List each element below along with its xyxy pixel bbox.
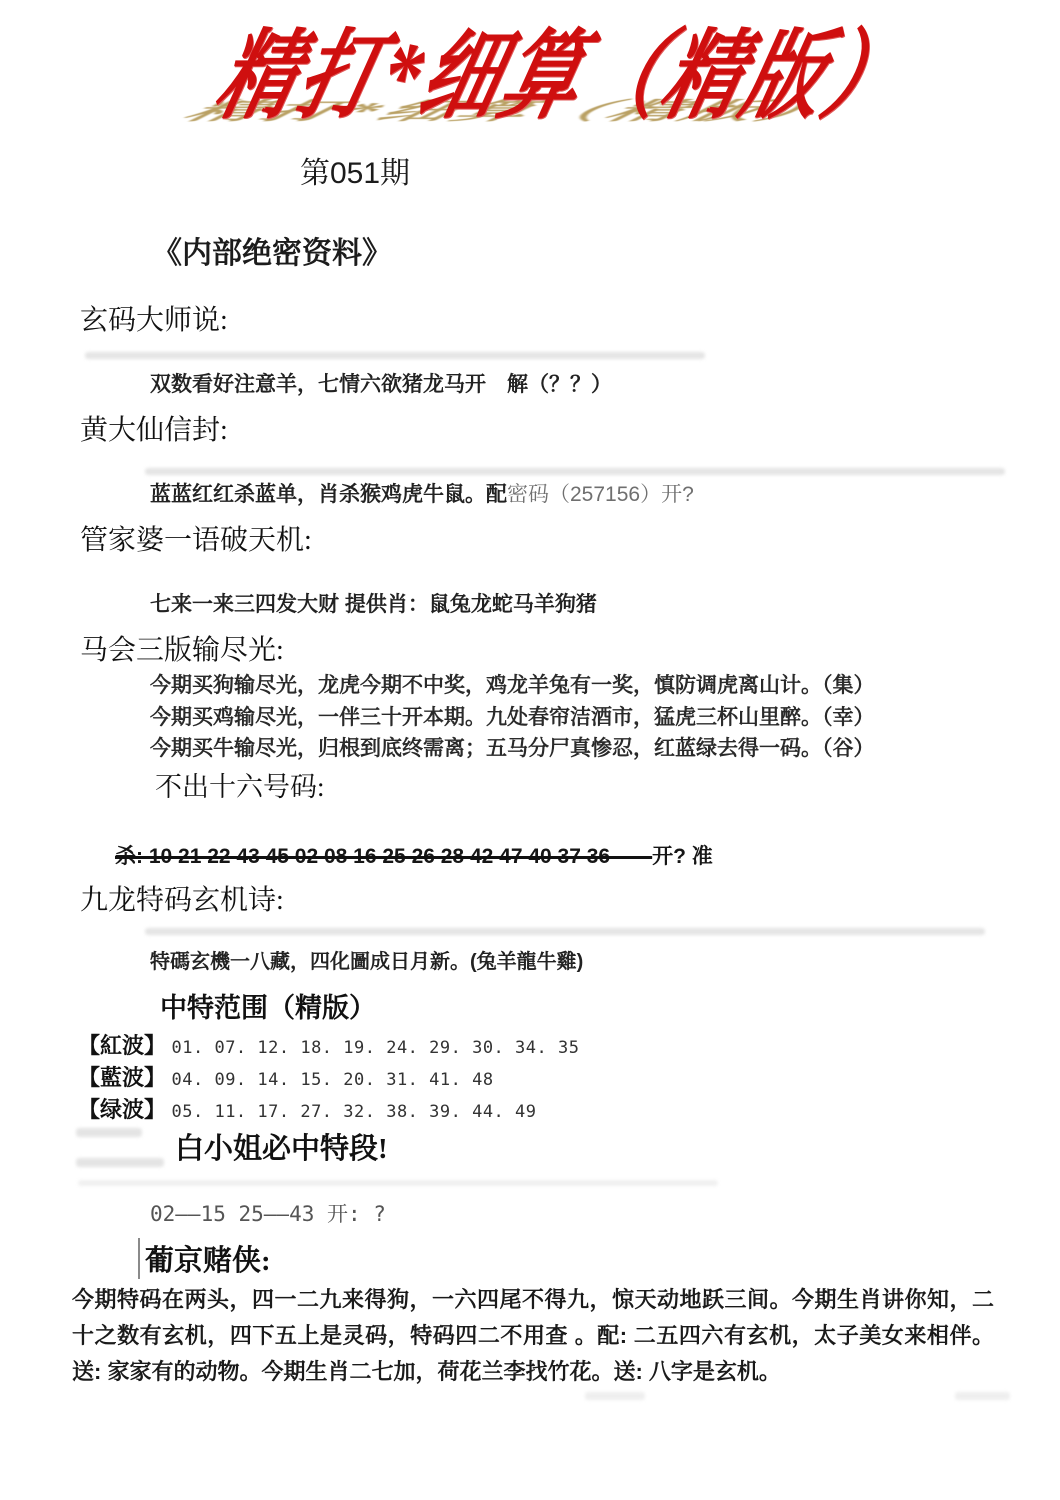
issue-number: 第051期: [300, 148, 410, 192]
jiulong-line: 特碼玄機一八藏，四化圖成日月新。(兔羊龍牛雞): [150, 945, 583, 974]
guanjiapo-line: 七来一来三四发大财 提供肖：鼠兔龙蛇马羊狗猪: [150, 588, 597, 618]
section-heading-zhongte: 中特范围（精版）: [160, 986, 376, 1025]
faded-artifact: [585, 1392, 645, 1400]
huangdaxian-line-light: 密码（257156）开?: [507, 483, 694, 506]
blue-wave-numbers: 04. 09. 14. 15. 20. 31. 41. 48: [172, 1070, 494, 1090]
faded-artifact: [85, 352, 705, 359]
green-wave-numbers: 05. 11. 17. 27. 32. 38. 39. 44. 49: [172, 1102, 537, 1122]
section-heading-xuanma: 玄码大师说:: [80, 298, 228, 338]
blue-wave-label: 【藍波】: [78, 1065, 166, 1090]
huangdaxian-line: 蓝蓝红红杀蓝单，肖杀猴鸡虎牛鼠。配密码（257156）开?: [150, 478, 694, 508]
wave-row-green: 【绿波】 05. 11. 17. 27. 32. 38. 39. 44. 49: [78, 1094, 537, 1128]
section-heading-buchu: 不出十六号码:: [155, 765, 325, 804]
wave-row-red: 【紅波】 01. 07. 12. 18. 19. 24. 29. 30. 34.…: [78, 1030, 579, 1064]
banner-title: 精打*细算（精版）: [205, 0, 926, 137]
kill-numbers-struck: 杀: 10 21 22 43 45 02 08 16 25 26 28 42 4…: [115, 845, 652, 868]
kill-numbers-line: 杀: 10 21 22 43 45 02 08 16 25 26 28 42 4…: [115, 840, 713, 870]
section-heading-pujing: 葡京赌侠:: [138, 1238, 271, 1279]
mahui-lines: 今期买狗输尽光，龙虎今期不中奖，鸡龙羊兔有一奖，慎防调虎离山计。（集） 今期买鸡…: [150, 670, 875, 765]
section-heading-guanjiapo: 管家婆一语破天机:: [80, 518, 312, 558]
huangdaxian-line-bold: 蓝蓝红红杀蓝单，肖杀猴鸡虎牛鼠。配: [150, 483, 507, 506]
kill-numbers-open: 开? 准: [652, 845, 713, 868]
red-wave-numbers: 01. 07. 12. 18. 19. 24. 29. 30. 34. 35: [172, 1038, 580, 1058]
faded-artifact: [955, 1392, 1010, 1400]
faded-artifact: [145, 468, 1005, 475]
green-wave-label: 【绿波】: [78, 1097, 166, 1122]
doc-heading: 《内部绝密资料》: [152, 228, 392, 272]
section-heading-baixiaojie: 白小姐必中特段!: [175, 1126, 388, 1167]
red-wave-label: 【紅波】: [78, 1033, 166, 1058]
section-heading-huangdaxian: 黄大仙信封:: [80, 408, 228, 448]
section-heading-mahui: 马会三版输尽光:: [80, 628, 284, 668]
faded-artifact: [78, 1180, 718, 1186]
section-heading-jiulong: 九龙特码玄机诗:: [80, 878, 284, 918]
mahui-line-2: 今期买鸡输尽光，一伴三十开本期。九处春帘洁酒市，猛虎三杯山里醉。（幸）: [150, 702, 875, 734]
baixiaojie-line: 02——15 25——43 开: ?: [150, 1198, 386, 1228]
xuanma-line: 双数看好注意羊，七情六欲猪龙马开 解（？？）: [150, 368, 612, 398]
mahui-line-1: 今期买狗输尽光，龙虎今期不中奖，鸡龙羊兔有一奖，慎防调虎离山计。（集）: [150, 670, 875, 702]
faded-artifact: [145, 928, 985, 935]
pujing-paragraph: 今期特码在两头，四一二九来得狗，一六四尾不得九，惊天动地跃三间。今期生肖讲你知，…: [72, 1282, 994, 1390]
faded-artifact: [76, 1128, 142, 1137]
faded-artifact: [76, 1158, 164, 1167]
tip-sheet-page: 精打*细算（精版） 精打*细算（精版） 第051期 《内部绝密资料》 玄码大师说…: [0, 0, 1060, 1500]
mahui-line-3: 今期买牛输尽光，归根到底终需离；五马分尸真惨忍，红蓝绿去得一码。（谷）: [150, 733, 875, 765]
wave-row-blue: 【藍波】 04. 09. 14. 15. 20. 31. 41. 48: [78, 1062, 494, 1096]
